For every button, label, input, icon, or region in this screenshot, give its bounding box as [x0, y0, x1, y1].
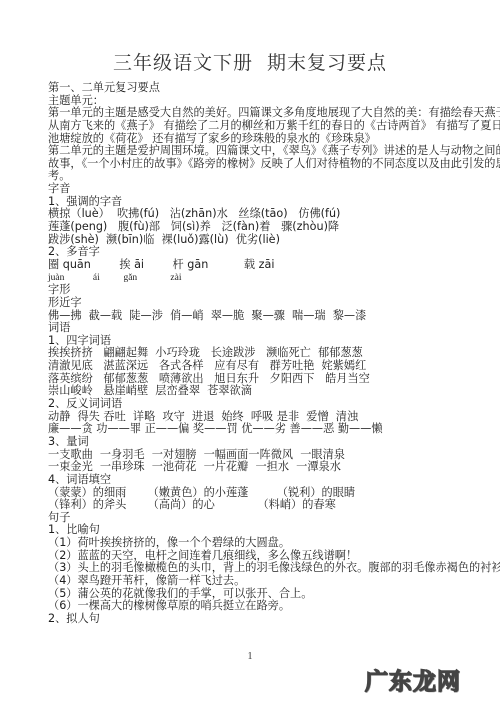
subheading: 词语: [48, 322, 468, 335]
document-title: 三年级语文下册 期末复习要点: [0, 48, 500, 75]
measure-word-line: 一束金光 一串珍珠 一池荷花 一片花瓣 一担水 一潭泉水: [48, 461, 468, 474]
list-heading: 3、量词: [48, 436, 468, 449]
antonym-line: 廉——贪 功——罪 正——偏 奖——罚 优——劣 善——恶 勤——懒: [48, 423, 468, 436]
page-number: 1: [0, 651, 500, 662]
subheading: 句子: [48, 512, 468, 525]
list-heading: 2、反义词词语: [48, 398, 468, 411]
idiom-line: 清澈见底 湛蓝深远 各式各样 应有尽有 群芳吐艳 姹紫嫣红: [48, 360, 468, 373]
paragraph-line: 故事，《一个小村庄的故事》《路旁的橡树》反映了人们对待植物的不同态度以及由此引发…: [48, 158, 468, 171]
fill-blank-line: （锋利）的斧头 （高尚）的心 （料峭）的春寒: [48, 499, 468, 512]
pronunciation-line: 莲蓬(peng) 腹(fù)部 饲(sì)养 泛(fàn)着 骤(zhòu)降: [48, 221, 468, 234]
polyphone-line: 圈 quān 挨 āi 杆 gān 载 zāi: [48, 259, 468, 272]
paragraph-line: 考。: [48, 170, 468, 183]
list-heading: 形近字: [48, 297, 468, 310]
subheading: 字形: [48, 284, 468, 297]
polyphone-pinyin-line: juàn ái gǎn zài: [48, 272, 468, 285]
paragraph-line: 第二单元的主题是爱护周围环境。四篇课文中，《翠鸟》《燕子专列》讲述的是人与动物之…: [48, 145, 468, 158]
sentence-line: （4）翠鸟蹬开苇杆，像箭一样飞过去。: [48, 575, 468, 588]
pronunciation-line: 跋涉(shè) 濒(bīn)临 裸(luǒ)露(lù) 优劣(liè): [48, 234, 468, 247]
section-heading: 第一、二单元复习要点: [48, 82, 468, 95]
sentence-line: （1）荷叶挨挨挤挤的，像一个个碧绿的大圆盘。: [48, 537, 468, 550]
list-heading: 2、拟人句: [48, 613, 468, 626]
watermark-logo: 广东龙网: [365, 663, 461, 696]
list-heading: 4、词语填空: [48, 474, 468, 487]
document-body: 第一、二单元复习要点 主题单元： 第一单元的主题是感受大自然的美好。四篇课文多角…: [48, 82, 468, 626]
subheading: 字音: [48, 183, 468, 196]
similar-chars-line: 佛—拂 截—载 陡—涉 俏—峭 翠—脆 聚—骤 喘—瑞 黎—漆: [48, 310, 468, 323]
sentence-line: （6）一棵高大的橡树像草原的哨兵挺立在路旁。: [48, 600, 468, 613]
paragraph-line: 从南方飞来的《燕子》 有描绘了二月的柳丝和万紫千红的春日的《古诗两首》 有描写了…: [48, 120, 468, 133]
